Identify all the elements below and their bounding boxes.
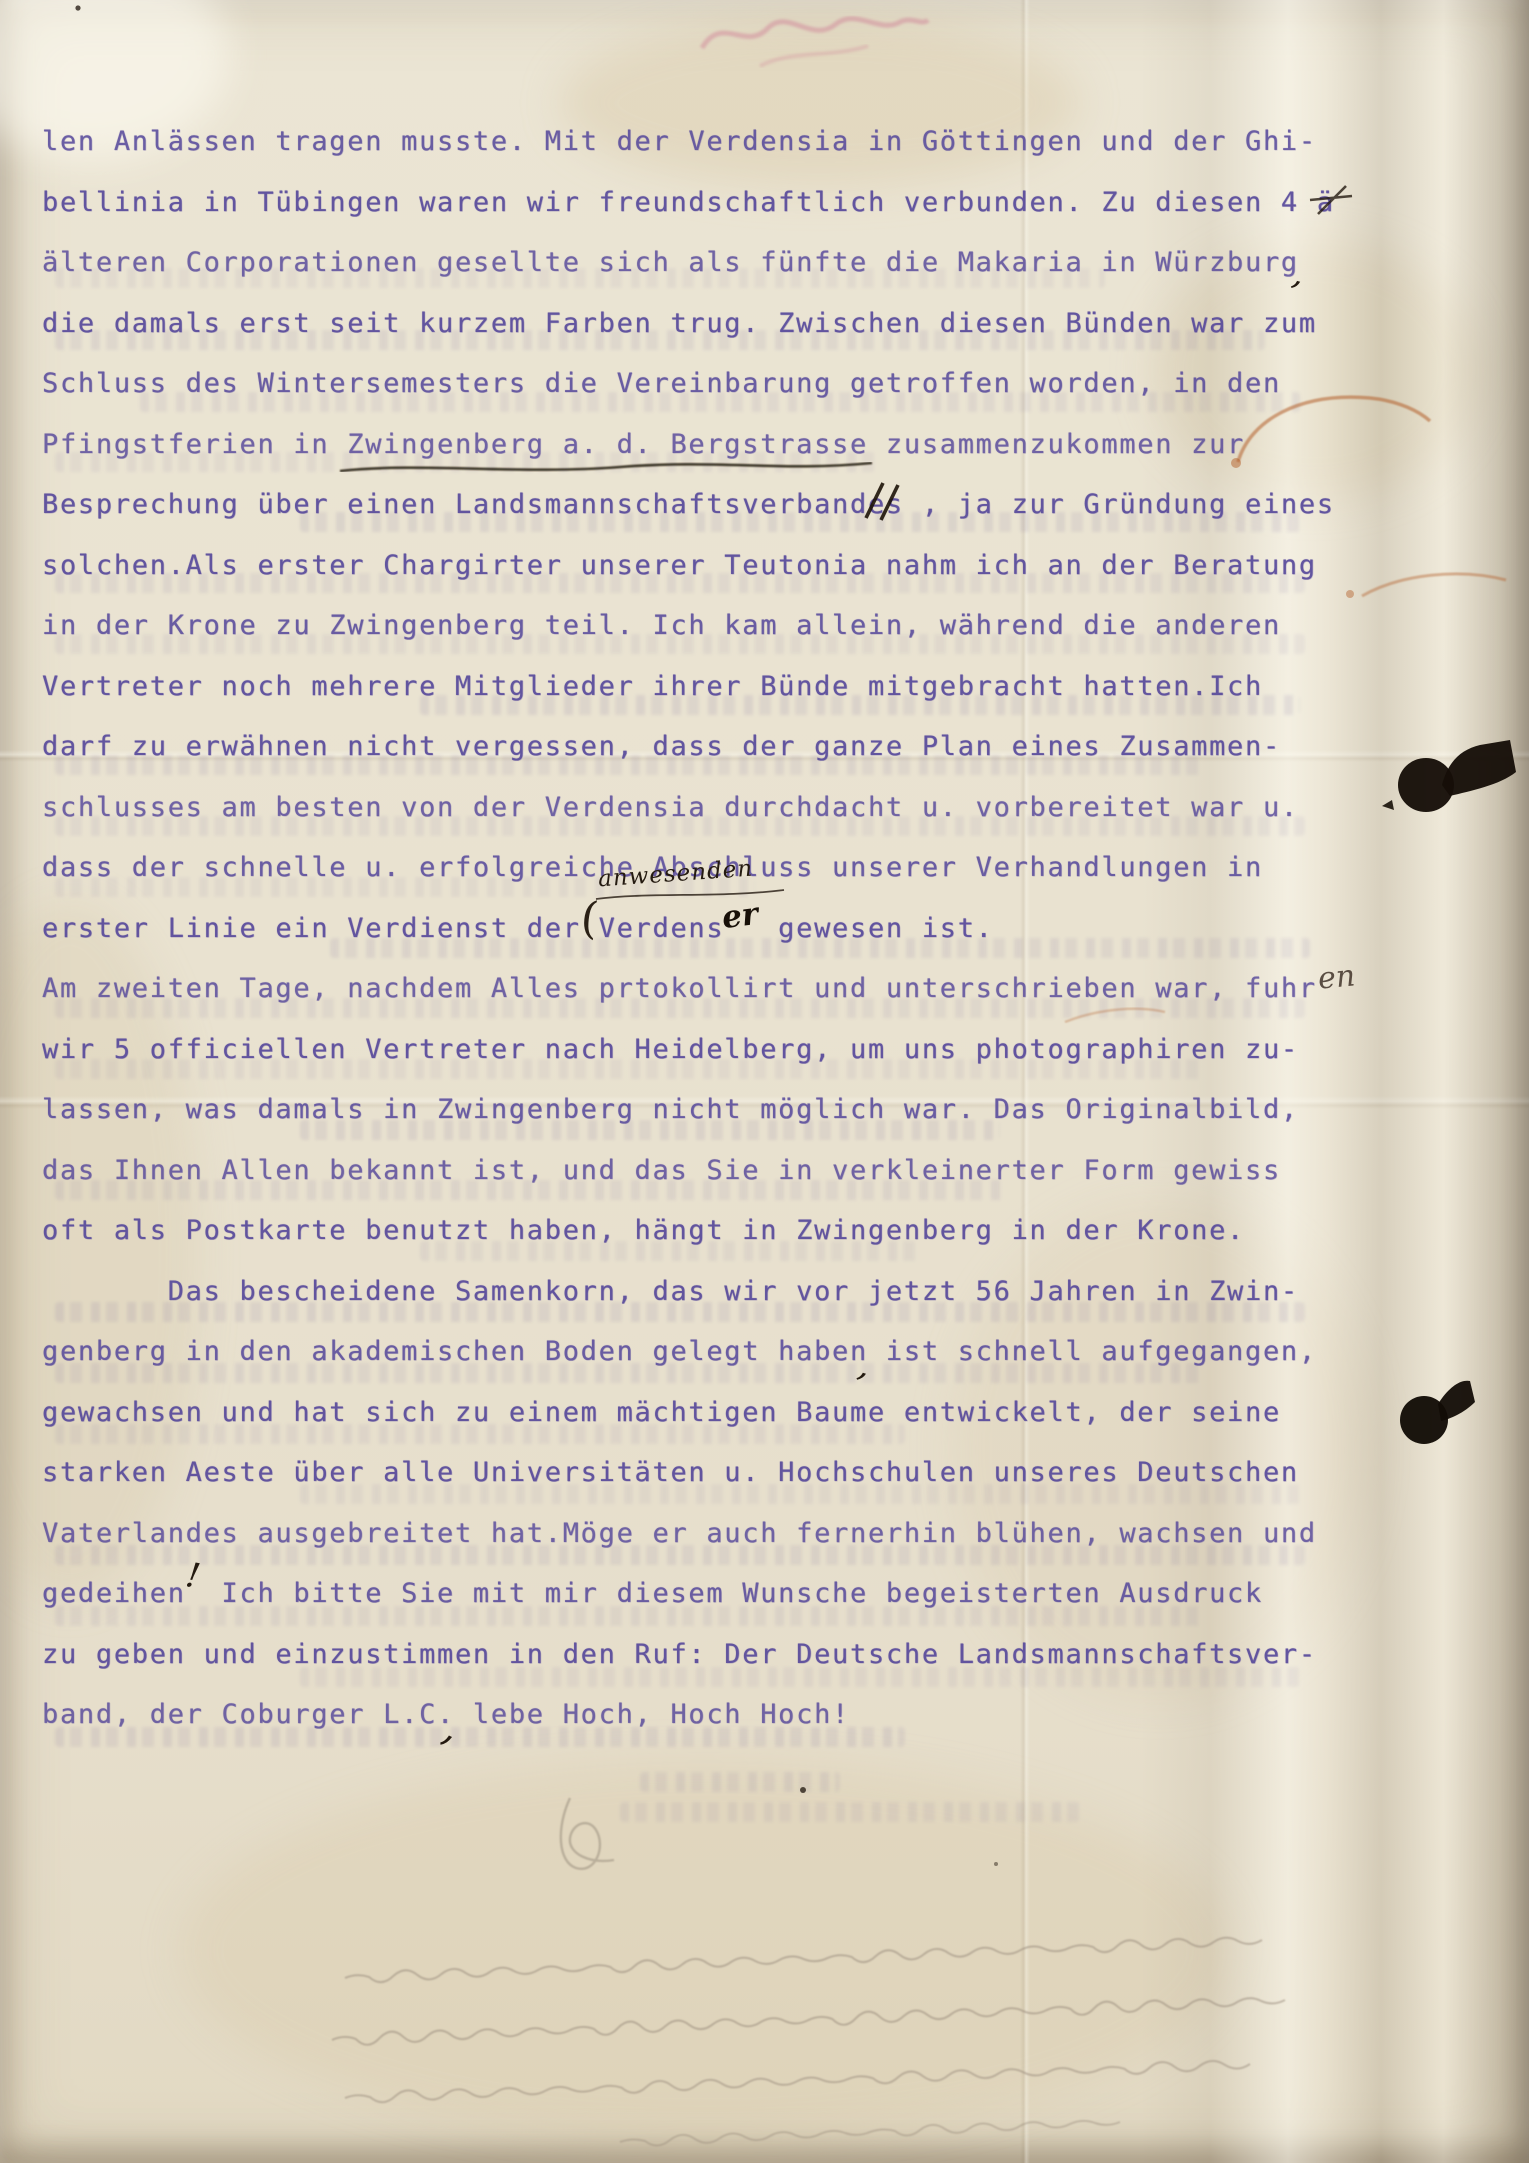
typed-line: zu geben und einzustimmen in den Ruf: De… bbox=[42, 1625, 1502, 1686]
typed-line: älteren Corporationen gesellte sich als … bbox=[42, 233, 1502, 294]
typed-text-block: len Anlässen tragen musste. Mit der Verd… bbox=[42, 112, 1502, 1746]
typed-line: solchen.Als erster Chargirter unserer Te… bbox=[42, 536, 1502, 597]
typed-line: das Ihnen Allen bekannt ist, und das Sie… bbox=[42, 1141, 1502, 1202]
typed-line: genberg in den akademischen Boden gelegt… bbox=[42, 1322, 1502, 1383]
pencil-signature-flourish bbox=[561, 1798, 614, 1869]
pencil-note-line bbox=[345, 1938, 1262, 1982]
typed-line: gedeihen Ich bitte Sie mit mir diesem Wu… bbox=[42, 1564, 1502, 1625]
pink-bleedthrough-scribble bbox=[702, 19, 928, 48]
ink-speck bbox=[75, 5, 80, 10]
typed-line: Vaterlandes ausgebreitet hat.Möge er auc… bbox=[42, 1504, 1502, 1565]
typed-line: lassen, was damals in Zwingenberg nicht … bbox=[42, 1080, 1502, 1141]
typed-line: oft als Postkarte benutzt haben, hängt i… bbox=[42, 1201, 1502, 1262]
ink-speck bbox=[800, 1787, 806, 1793]
scanned-letter-page: len Anlässen tragen musste. Mit der Verd… bbox=[0, 0, 1529, 2163]
typed-line: die damals erst seit kurzem Farben trug.… bbox=[42, 294, 1502, 355]
pencil-note-line bbox=[332, 1998, 1285, 2045]
typed-line: len Anlässen tragen musste. Mit der Verd… bbox=[42, 112, 1502, 173]
typed-line: bellinia in Tübingen waren wir freundsch… bbox=[42, 173, 1502, 234]
bleedthrough-line bbox=[620, 1802, 1080, 1822]
pencil-note-line bbox=[620, 2121, 1120, 2146]
typed-line: Das bescheidene Samenkorn, das wir vor j… bbox=[42, 1262, 1502, 1323]
typed-line: gewachsen und hat sich zu einem mächtige… bbox=[42, 1383, 1502, 1444]
paper-stain bbox=[180, 1760, 1230, 2140]
typed-line: wir 5 officiellen Vertreter nach Heidelb… bbox=[42, 1020, 1502, 1081]
typed-line: Schluss des Wintersemesters die Vereinba… bbox=[42, 354, 1502, 415]
typed-line: starken Aeste über alle Universitäten u.… bbox=[42, 1443, 1502, 1504]
typed-line: darf zu erwähnen nicht vergessen, dass d… bbox=[42, 717, 1502, 778]
pink-bleedthrough-scribble bbox=[760, 46, 868, 66]
typed-line: Am zweiten Tage, nachdem Alles prtokolli… bbox=[42, 959, 1502, 1020]
typed-line: schlusses am besten von der Verdensia du… bbox=[42, 778, 1502, 839]
typed-line: Pfingstferien in Zwingenberg a. d. Bergs… bbox=[42, 415, 1502, 476]
typed-line: Besprechung über einen Landsmannschaftsv… bbox=[42, 475, 1502, 536]
typed-line: band, der Coburger L.C. lebe Hoch, Hoch … bbox=[42, 1685, 1502, 1746]
bleedthrough-line bbox=[640, 1772, 840, 1792]
ink-speck bbox=[994, 1862, 998, 1866]
typed-line: in der Krone zu Zwingenberg teil. Ich ka… bbox=[42, 596, 1502, 657]
typed-line: dass der schnelle u. erfolgreiche Abschl… bbox=[42, 838, 1502, 899]
typed-line: Vertreter noch mehrere Mitglieder ihrer … bbox=[42, 657, 1502, 718]
typed-line: erster Linie ein Verdienst der Verdens g… bbox=[42, 899, 1502, 960]
pencil-note-line bbox=[345, 2061, 1250, 2102]
